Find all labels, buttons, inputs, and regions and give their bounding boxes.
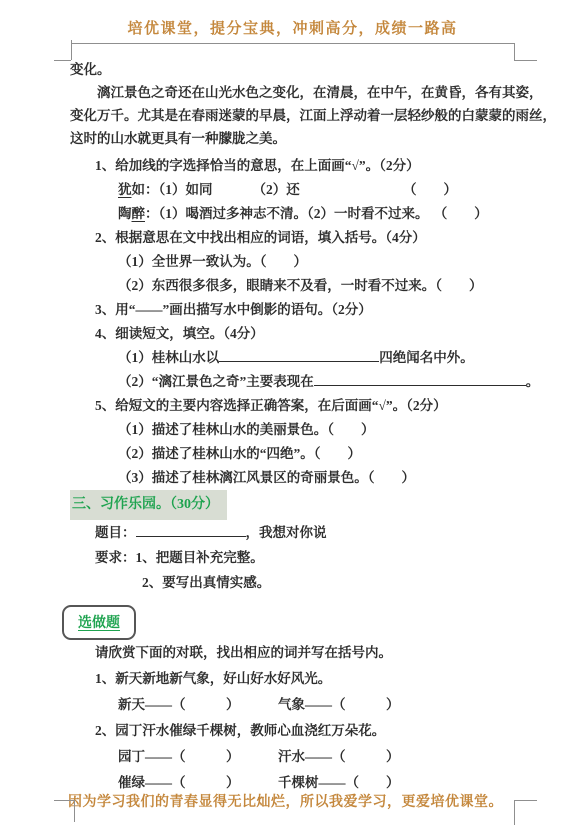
footer-slogan: 因为学习我们的青春显得无比灿烂，所以我爱学习，更爱培优课堂。 [68, 791, 528, 811]
crop-mark-top-left-vertical [71, 40, 72, 60]
q4-item-1: （1）桂林山水以四绝闻名中外。 [70, 346, 517, 370]
reading-line-1: 变化。 [70, 58, 517, 81]
optional-q2-pairs-row-1: 园丁——（ ）汗水——（ ） [70, 744, 517, 770]
optional-intro: 请欣赏下面的对联，找出相应的词并写在括号内。 [70, 640, 517, 666]
fill-in-blank [219, 349, 379, 362]
header-rule [71, 43, 515, 44]
reading-line-2: 漓江景色之奇还在山光水色之变化，在清晨，在中午，在黄昏，各有其姿， [70, 81, 517, 104]
header-slogan: 培优课堂，提分宝典，冲刺高分，成绩一路高 [0, 17, 585, 38]
essay-requirement-row-1: 要求：1、把题目补充完整。 [70, 545, 517, 570]
section3-title-row: 三、习作乐园。（30分） [70, 490, 517, 520]
pair-item: 气象——（ ） [278, 697, 400, 712]
essay-requirement-row-2: 2、要写出真情实感。 [70, 570, 517, 595]
q1-row1-text: 犹如：（1）如同（2）还 [118, 178, 300, 202]
q5-item-3: （3）描述了桂林漓江风景区的奇丽景色。（ ） [70, 466, 517, 490]
optional-badge-label: 选做题 [78, 616, 120, 631]
section3-title: 三、习作乐园。（30分） [70, 490, 227, 520]
optional-section-badge-row: 选做题 [62, 605, 517, 640]
crop-mark-bottom-right-horizontal [514, 800, 537, 801]
q1-title: 1、给加线的字选择恰当的意思，在上面画“√”。（2分） [70, 154, 517, 178]
crop-mark-top-right-horizontal [514, 60, 537, 61]
crop-mark-top-left-horizontal [54, 60, 71, 61]
q5-item-2: （2）描述了桂林山水的“四绝”。（ ） [70, 442, 517, 466]
answer-bracket: （ ） [441, 206, 488, 221]
pair-item: 汗水——（ ） [278, 749, 400, 764]
exam-paper-page: 培优课堂，提分宝典，冲刺高分，成绩一路高 变化。 漓江景色之奇还在山光水色之变化… [0, 0, 585, 837]
fill-in-blank [314, 373, 526, 386]
q5-title: 5、给短文的主要内容选择正确答案，在后面画“√”。（2分） [70, 394, 517, 418]
q1-option-row-1: 犹如：（1）如同（2）还 （ ） [70, 178, 517, 202]
reading-line-4: 这时的山水就更具有一种朦胧之美。 [70, 127, 517, 150]
optional-badge-box: 选做题 [62, 605, 136, 640]
pair-item: 新天——（ ） [118, 692, 278, 718]
q2-title: 2、根据意思在文中找出相应的词语，填入括号。（4分） [70, 226, 517, 250]
answer-bracket: （ ） [403, 178, 457, 202]
optional-q2: 2、园丁汗水催绿千棵树，教师心血浇红万朵花。 [70, 718, 517, 744]
q5-item-1: （1）描述了桂林山水的美丽景色。（ ） [70, 418, 517, 442]
crop-mark-bottom-left-horizontal [54, 800, 74, 801]
q2-item-2: （2）东西很多很多，眼睛来不及看，一时看不过来。（ ） [70, 274, 517, 298]
underlined-char: 犹 [118, 182, 132, 197]
underlined-char: 醉 [132, 206, 146, 221]
q2-item-1: （1）全世界一致认为。（ ） [70, 250, 517, 274]
pair-item: 千棵树——（ ） [278, 775, 400, 790]
document-body: 变化。 漓江景色之奇还在山光水色之变化，在清晨，在中午，在黄昏，各有其姿， 变化… [70, 58, 517, 796]
q3-title: 3、用“——”画出描写水中倒影的语句。（2分） [70, 298, 517, 322]
reading-line-3: 变化万千。尤其是在春雨迷蒙的早晨，江面上浮动着一层轻纱般的白蒙蒙的雨丝， [70, 104, 517, 127]
q4-item-2: （2）“漓江景色之奇”主要表现在。 [70, 370, 517, 394]
optional-q1: 1、新天新地新气象，好山好水好风光。 [70, 666, 517, 692]
essay-topic-row: 题目：，我想对你说 [70, 520, 517, 545]
q4-title: 4、细读短文，填空。（4分） [70, 322, 517, 346]
crop-mark-bottom-right-vertical [514, 800, 515, 825]
optional-q1-pairs: 新天——（ ）气象——（ ） [70, 692, 517, 718]
q1-option-row-2: 陶醉：（1）喝酒过多神志不清。（2）一时看不过来。（ ） [70, 202, 517, 226]
fill-in-blank [136, 524, 246, 537]
crop-mark-bottom-left-vertical [74, 800, 75, 822]
pair-item: 园丁——（ ） [118, 744, 278, 770]
